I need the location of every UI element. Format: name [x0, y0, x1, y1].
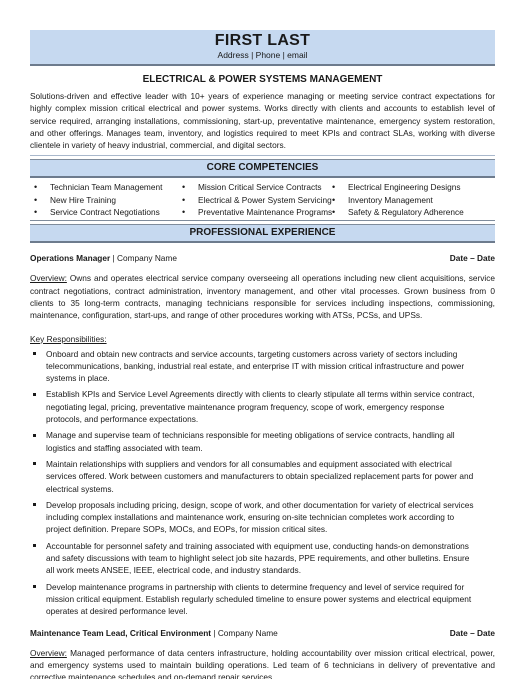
key-responsibilities-label: Key Responsibilities: — [30, 333, 495, 345]
job-role: Maintenance Team Lead, Critical Environm… — [30, 628, 211, 638]
summary-paragraph: Solutions-driven and effective leader wi… — [30, 90, 495, 156]
responsibilities-list: Onboard and obtain new contracts and ser… — [30, 348, 495, 618]
job-header: Operations Manager | Company Name Date –… — [30, 252, 495, 264]
overview-label: Overview: — [30, 273, 67, 283]
competencies-column: Mission Critical Service Contracts Elect… — [178, 181, 328, 218]
resume-page: FIRST LAST Address | Phone | email ELECT… — [0, 0, 525, 679]
responsibility-item: Onboard and obtain new contracts and ser… — [30, 348, 495, 385]
job-header: Maintenance Team Lead, Critical Environm… — [30, 627, 495, 639]
competency-item: Mission Critical Service Contracts — [178, 181, 328, 193]
job-dates: Date – Date — [450, 252, 495, 264]
company-name: Company Name — [117, 253, 177, 263]
separator: | — [110, 253, 117, 263]
job-overview: Overview: Managed performance of data ce… — [30, 647, 495, 679]
overview-text: Owns and operates electrical service com… — [30, 273, 495, 320]
job-dates: Date – Date — [450, 627, 495, 639]
section-heading-professional-experience: PROFESSIONAL EXPERIENCE — [30, 224, 495, 243]
competency-item: Preventative Maintenance Programs — [178, 206, 328, 218]
responsibility-item: Manage and supervise team of technicians… — [30, 429, 495, 454]
responsibility-item: Accountable for personnel safety and tra… — [30, 540, 495, 577]
overview-label: Overview: — [30, 648, 67, 658]
contact-line: Address | Phone | email — [30, 50, 495, 62]
responsibility-item: Develop proposals including pricing, des… — [30, 499, 495, 536]
competency-item: Electrical & Power System Servicing — [178, 194, 328, 206]
job-overview: Overview: Owns and operates electrical s… — [30, 272, 495, 321]
competency-item: Technician Team Management — [30, 181, 178, 193]
competencies-column: Technician Team Management New Hire Trai… — [30, 181, 178, 218]
candidate-name: FIRST LAST — [30, 32, 495, 50]
job-entry: Operations Manager | Company Name Date –… — [30, 252, 495, 617]
section-heading-core-competencies: CORE COMPETENCIES — [30, 159, 495, 178]
competency-item: Safety & Regulatory Adherence — [328, 206, 495, 218]
job-role: Operations Manager — [30, 253, 110, 263]
competencies-column: Electrical Engineering Designs Inventory… — [328, 181, 495, 218]
professional-title: ELECTRICAL & POWER SYSTEMS MANAGEMENT — [30, 73, 495, 86]
responsibility-item: Establish KPIs and Service Level Agreeme… — [30, 388, 495, 425]
competency-item: Service Contract Negotiations — [30, 206, 178, 218]
overview-text: Managed performance of data centers infr… — [30, 648, 495, 679]
competency-item: Inventory Management — [328, 194, 495, 206]
competency-item: Electrical Engineering Designs — [328, 181, 495, 193]
job-title-line: Operations Manager | Company Name — [30, 252, 177, 264]
header-band: FIRST LAST Address | Phone | email — [30, 30, 495, 66]
competency-item: New Hire Training — [30, 194, 178, 206]
job-entry: Maintenance Team Lead, Critical Environm… — [30, 627, 495, 679]
company-name: Company Name — [218, 628, 278, 638]
job-title-line: Maintenance Team Lead, Critical Environm… — [30, 627, 278, 639]
responsibility-item: Maintain relationships with suppliers an… — [30, 458, 495, 495]
separator: | — [211, 628, 218, 638]
responsibility-item: Develop maintenance programs in partners… — [30, 581, 495, 618]
competencies-list: Technician Team Management New Hire Trai… — [30, 178, 495, 221]
